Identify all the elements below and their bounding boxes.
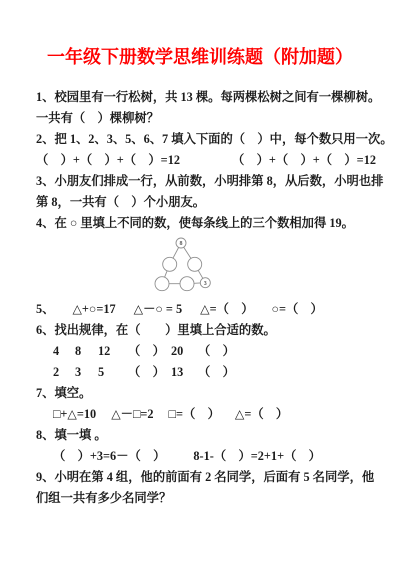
worksheet-page: 一年级下册数学思维训练题（附加题） 1、校园里有一行松树，共 13 棵。每两棵松… — [0, 0, 400, 566]
q9-line-1: 9、小明在第 4 组，他的前面有 2 名同学，后面有 5 名同学，他 — [36, 467, 376, 488]
q6-r1-value-3: 12 — [98, 341, 128, 362]
q2-equations-row: （ ）+（ ）+（ ）=12 （ ）+（ ）+（ ）=12 — [36, 150, 376, 171]
q7-line-1: 7、填空。 — [36, 383, 376, 404]
figure-value-top: 8 — [180, 241, 183, 247]
q7-segment-4: △=（ ） — [235, 404, 288, 425]
q9-line-2: 们组一共有多少名同学？ — [36, 488, 376, 509]
q5-segment-1: △+○=17 — [72, 299, 115, 320]
figure-circle-mid-left — [163, 257, 177, 271]
q8-segment-2: 8-1-（ ）=2+1+（ ） — [193, 446, 321, 467]
figure-value-bottom-right: 3 — [204, 281, 207, 287]
q4-line-1: 4、在 ○ 里填上不同的数，使每条线上的三个数相加得 19。 — [36, 213, 376, 234]
q6-r1-value-4: 20 — [171, 341, 198, 362]
q7-segment-2: △－□=2 — [111, 404, 153, 425]
q7-segment-1: □+△=10 — [53, 404, 96, 425]
q6-line-1: 6、找出规律，在（ ）里填上合适的数。 — [36, 320, 376, 341]
figure-circles — [155, 238, 210, 291]
q6-r1-blank-2: （ ） — [198, 341, 235, 362]
q6-r2-value-2: 3 — [75, 362, 98, 383]
q3-line-2: 第 8，一共有（ ）个小朋友。 — [36, 192, 376, 213]
q8-line-1: 8、填一填 。 — [36, 425, 376, 446]
q5-segment-2: △－○ = 5 — [134, 299, 183, 320]
q6-r2-value-4: 13 — [171, 362, 198, 383]
worksheet-content: 1、校园里有一行松树，共 13 棵。每两棵松树之间有一棵柳树。 一共有（ ）棵柳… — [0, 87, 400, 509]
q4-figure: 8 3 — [36, 235, 376, 297]
q6-sequence-row-1: 4 8 12 （ ） 20 （ ） — [36, 341, 376, 362]
q8-equations-row: （ ）+3=6－（ ） 8-1-（ ）=2+1+（ ） — [36, 446, 376, 467]
triangle-sum-diagram: 8 3 — [148, 235, 228, 295]
q7-segment-3: □=（ ） — [169, 404, 220, 425]
q1-line-1: 1、校园里有一行松树，共 13 棵。每两棵松树之间有一棵柳树。 — [36, 87, 376, 108]
q1-line-2: 一共有（ ）棵柳树？ — [36, 108, 376, 129]
figure-circle-bottom-mid — [180, 277, 194, 291]
q2-equation-2: （ ）+（ ）+（ ）=12 — [232, 150, 376, 171]
q6-r1-value-2: 8 — [75, 341, 98, 362]
q6-r1-value-1: 4 — [53, 341, 75, 362]
q6-r1-blank-1: （ ） — [128, 341, 171, 362]
q5-segment-4: ○=（ ） — [272, 299, 323, 320]
q7-equations-row: □+△=10 △－□=2 □=（ ） △=（ ） — [36, 404, 376, 425]
figure-circle-mid-right — [188, 257, 202, 271]
page-title: 一年级下册数学思维训练题（附加题） — [0, 0, 400, 70]
q5-segment-3: △=（ ） — [200, 299, 253, 320]
q5-line: 5、 △+○=17 △－○ = 5 △=（ ） ○=（ ） — [36, 299, 376, 320]
q6-r2-value-3: 5 — [98, 362, 128, 383]
q2-line-1: 2、把 1、2、3、5、6、7 填入下面的（ ）中，每个数只用一次。 — [36, 129, 376, 150]
q8-segment-1: （ ）+3=6－（ ） — [53, 446, 165, 467]
q6-r2-blank-2: （ ） — [198, 362, 235, 383]
q2-equation-1: （ ）+（ ）+（ ）=12 — [36, 150, 180, 171]
figure-circle-bottom-left — [155, 277, 169, 291]
q5-label: 5、 — [36, 299, 54, 320]
q6-r2-value-1: 2 — [53, 362, 75, 383]
q3-line-1: 3、小朋友们排成一行，从前数，小明排第 8，从后数，小明也排 — [36, 171, 376, 192]
q6-r2-blank-1: （ ） — [128, 362, 171, 383]
q6-sequence-row-2: 2 3 5 （ ） 13 （ ） — [36, 362, 376, 383]
